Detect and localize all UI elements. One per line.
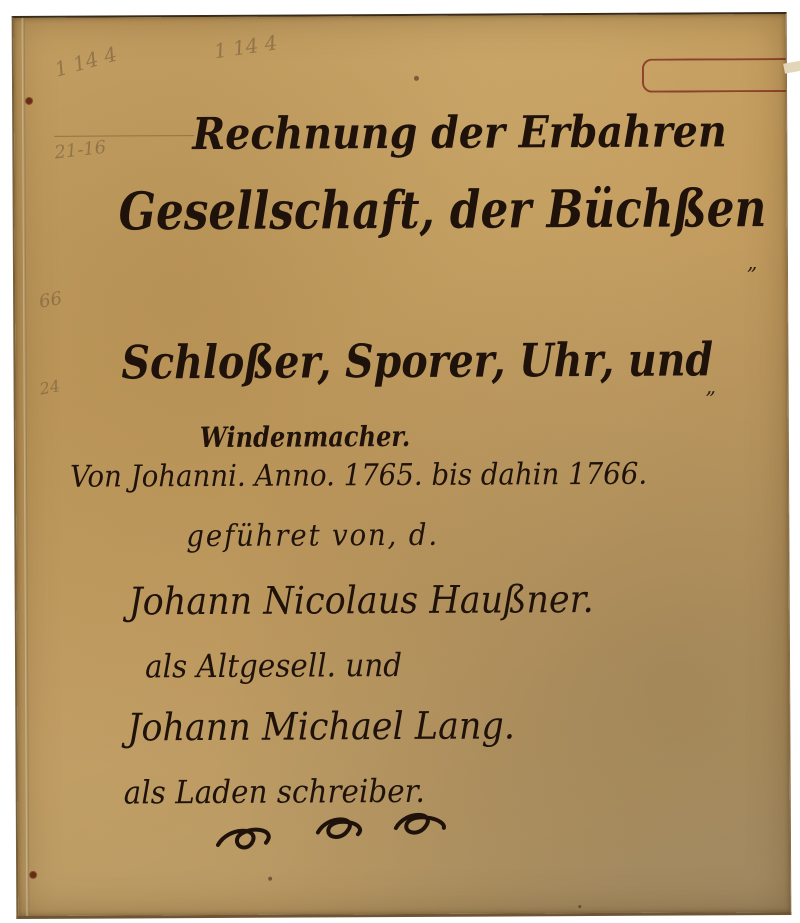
ditto-mark: „ xyxy=(747,250,758,274)
title-line-3: Schloßer, Sporer, Uhr, und xyxy=(121,332,713,389)
ditto-mark: „ xyxy=(706,374,717,398)
pencil-note: 66 xyxy=(37,288,63,313)
pencil-note: 24 xyxy=(38,376,61,398)
pencil-note: 1 14 4 xyxy=(212,30,278,63)
closing-ornament-icon xyxy=(208,806,448,857)
date-line: Von Johanni. Anno. 1765. bis dahin 1766. xyxy=(70,457,647,495)
by-line: geführet von, d. xyxy=(186,518,439,554)
title-line-2: Gesellschaft, der Büchßen xyxy=(119,178,767,242)
person-role-1: als Altgesell. und xyxy=(145,646,402,685)
pencil-note: 21-16 xyxy=(53,137,107,164)
spine-edge xyxy=(22,18,30,916)
title-line-4: Windenmacher. xyxy=(200,420,411,454)
person-name-2: Johann Michael Lang. xyxy=(127,703,515,749)
ink-speck xyxy=(414,76,419,81)
title-line-1: Rechnung der Erbahren xyxy=(192,106,727,160)
binding-hole xyxy=(26,98,32,104)
person-name-1: Johann Nicolaus Haußner. xyxy=(129,577,594,623)
red-ink-label-box xyxy=(642,58,786,93)
pencil-note: 1 14 4 xyxy=(52,42,120,82)
ink-speck xyxy=(268,877,272,881)
torn-corner xyxy=(783,60,800,73)
pencil-rule xyxy=(54,135,194,137)
ink-speck xyxy=(578,905,581,908)
document-page: 1 14 4 1 14 4 21-16 66 24 Rechnung der E… xyxy=(12,12,792,919)
binding-hole xyxy=(30,872,36,878)
